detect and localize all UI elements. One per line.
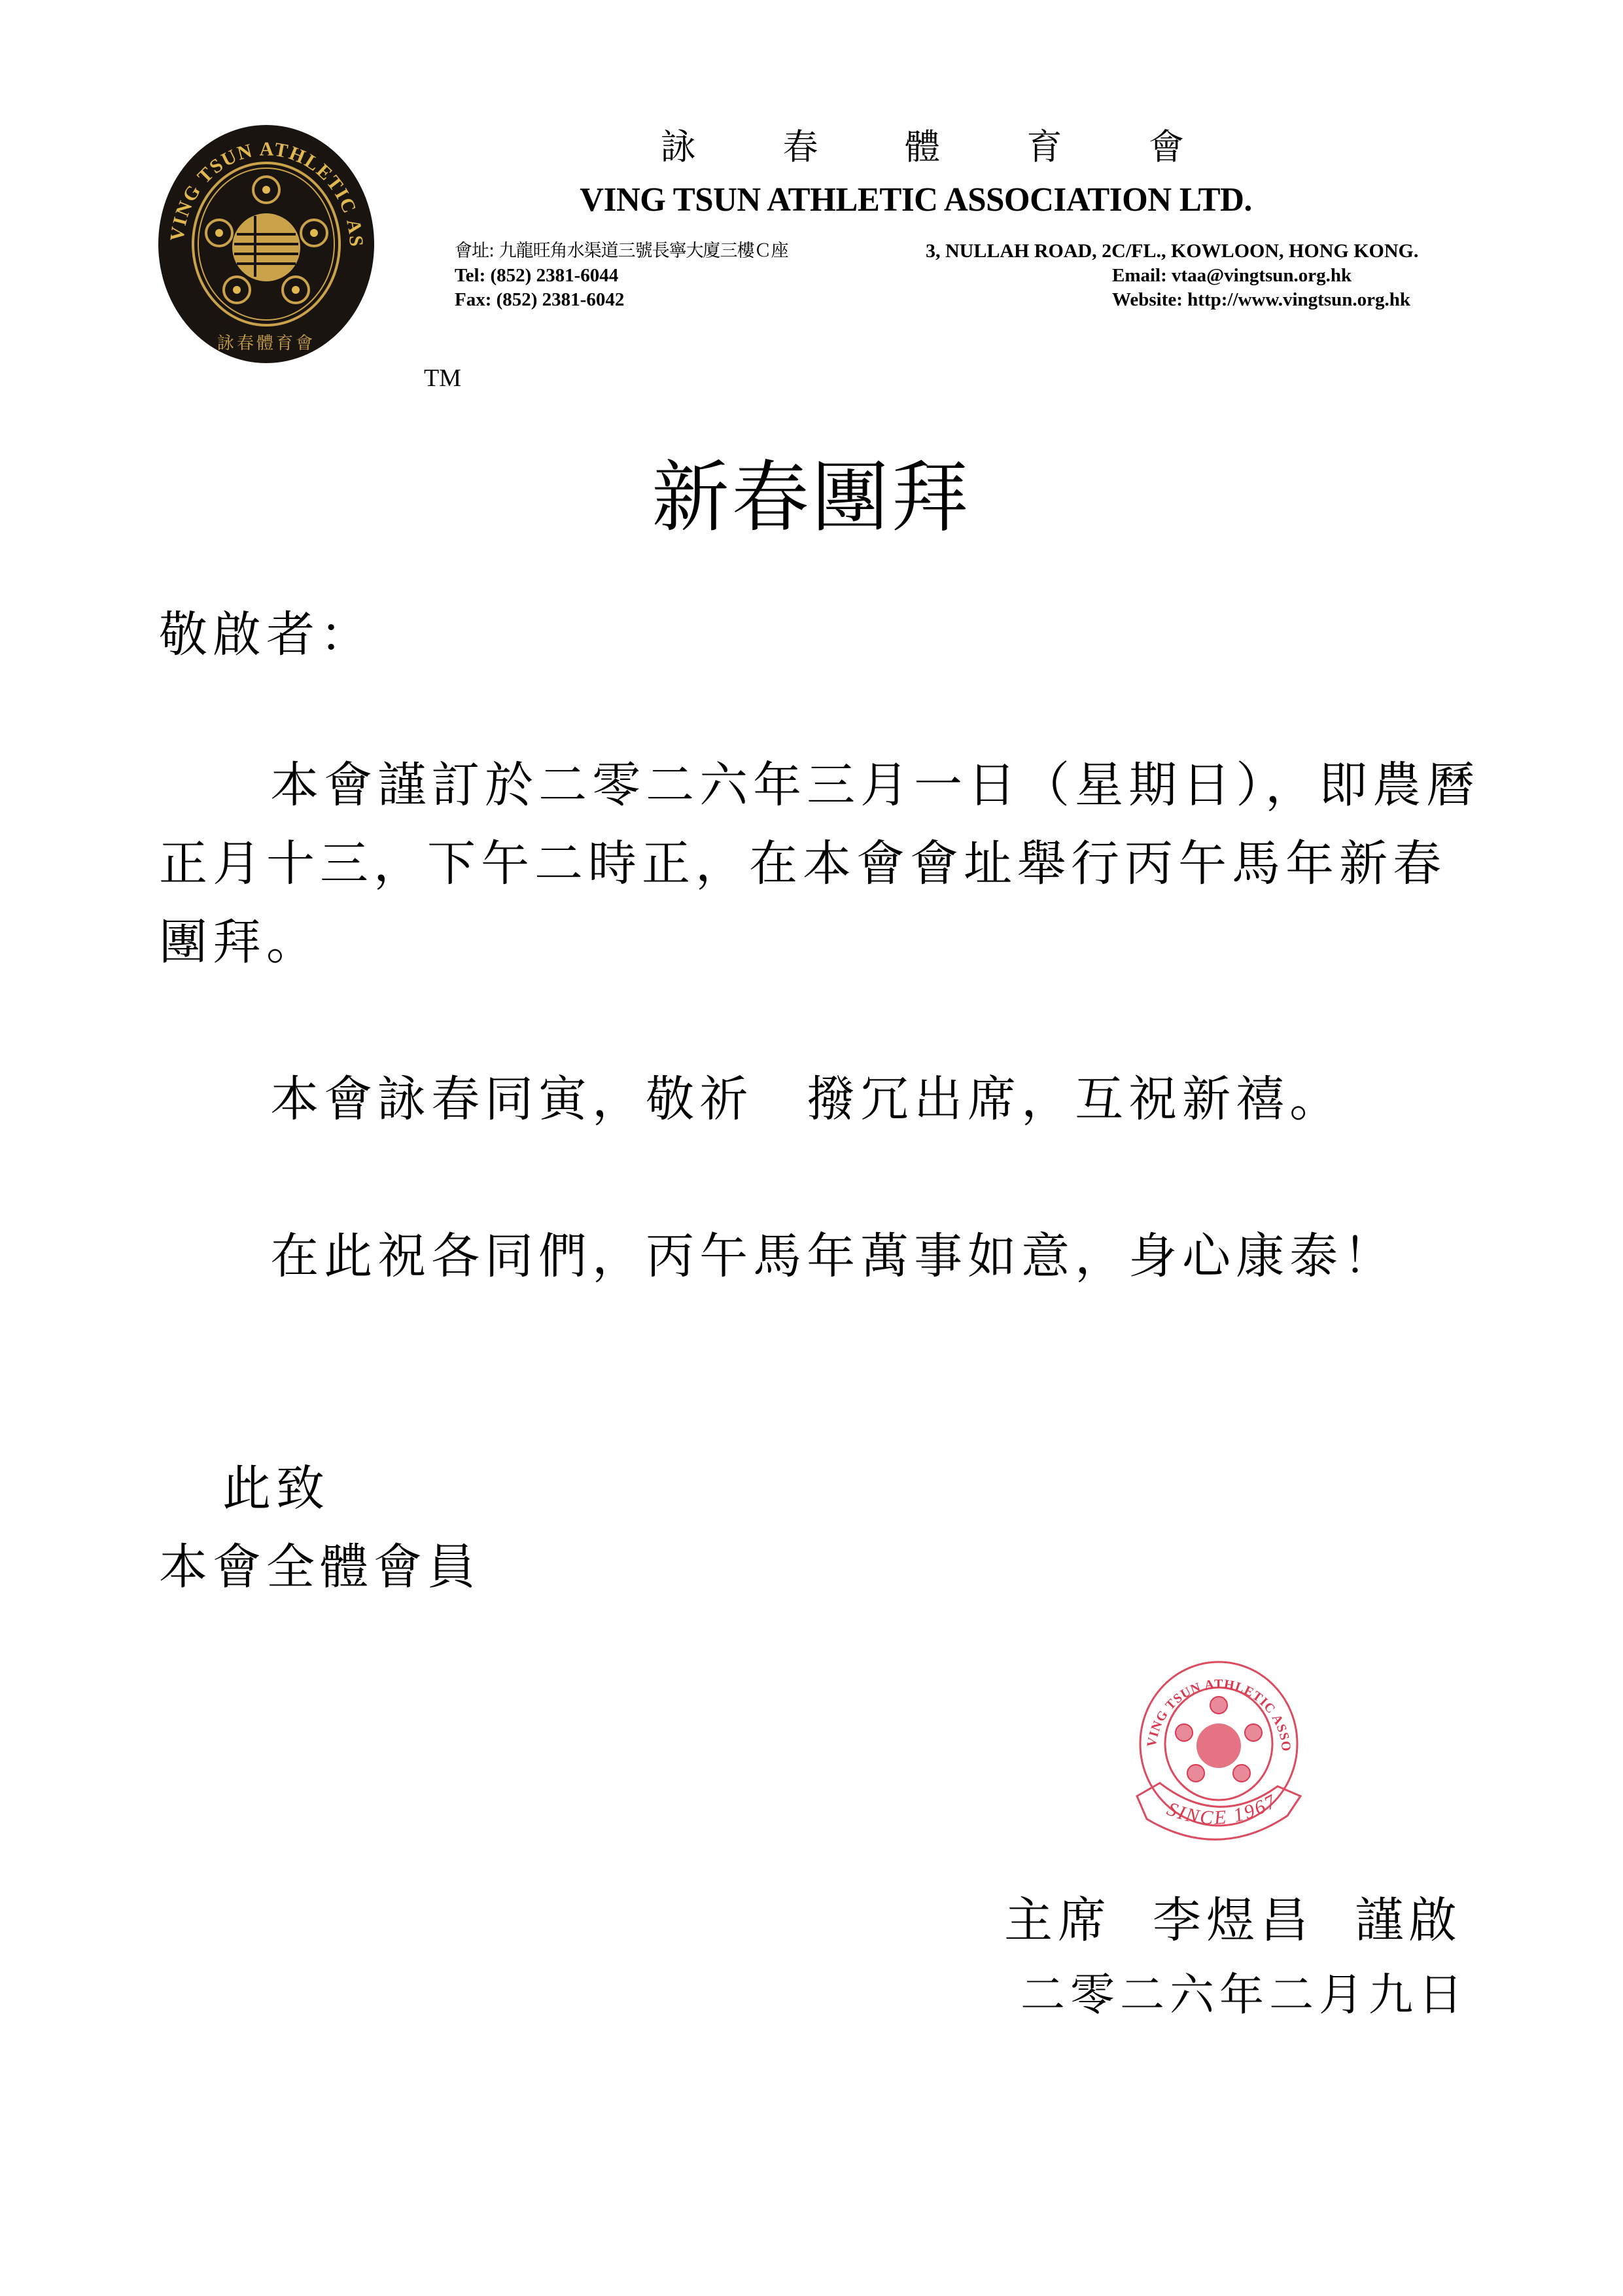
paragraph-wishes: 在此祝各同們，丙午馬年萬事如意，身心康泰！ [159,1217,1480,1296]
association-logo: VING TSUN ATHLETIC ASSOCIATION 詠春體育會 [157,123,376,365]
org-name-english: VING TSUN ATHLETIC ASSOCIATION LTD. [467,181,1365,220]
email-link[interactable]: Email: vtaa@vingtsun.org.hk [1112,264,1352,287]
signature-line: 主席 李煜昌 謹啟 [1004,1884,1462,1956]
svg-text:SINCE 1967: SINCE 1967 [1164,1790,1281,1829]
org-name-char: 體 [905,124,940,170]
document-title: 新春團拜 [0,451,1623,543]
paragraph-invitation: 本會謹訂於二零二六年三月一日（星期日），即農曆正月十三，下午二時正，在本會會址舉… [159,746,1480,981]
org-name-char: 春 [783,124,818,170]
org-name-char: 育 [1027,124,1062,170]
svg-text:詠春體育會: 詠春體育會 [217,334,315,353]
association-seal: VING TSUN ATHLETIC ASSOCIATION SINCE 196… [1124,1655,1314,1852]
org-name-char: 會 [1149,124,1184,170]
recipient: 本會全體會員 [159,1528,481,1606]
seal-stamp-icon: VING TSUN ATHLETIC ASSOCIATION SINCE 196… [1124,1655,1314,1852]
address-chinese: 會址: 九龍旺角水渠道三號長寧大廈三樓Ｃ座 [455,239,788,263]
fax: Fax: (852) 2381-6042 [455,288,624,311]
logo-emblem-icon: VING TSUN ATHLETIC ASSOCIATION 詠春體育會 [157,123,376,365]
trademark-mark: TM [424,364,461,393]
address-english: 3, NULLAH ROAD, 2C/FL., KOWLOON, HONG KO… [926,239,1418,263]
org-name-chinese: 詠 春 體 育 會 [661,124,1184,170]
telephone: Tel: (852) 2381-6044 [455,264,618,287]
closing: 此致 [222,1449,330,1528]
paragraph-request: 本會詠春同寅，敬祈 撥冗出席，互祝新禧。 [159,1060,1480,1139]
salutation: 敬啟者： [159,595,374,674]
document-date: 二零二六年二月九日 [1021,1960,1468,2032]
website-link[interactable]: Website: http://www.vingtsun.org.hk [1112,288,1410,311]
org-name-char: 詠 [661,124,696,170]
